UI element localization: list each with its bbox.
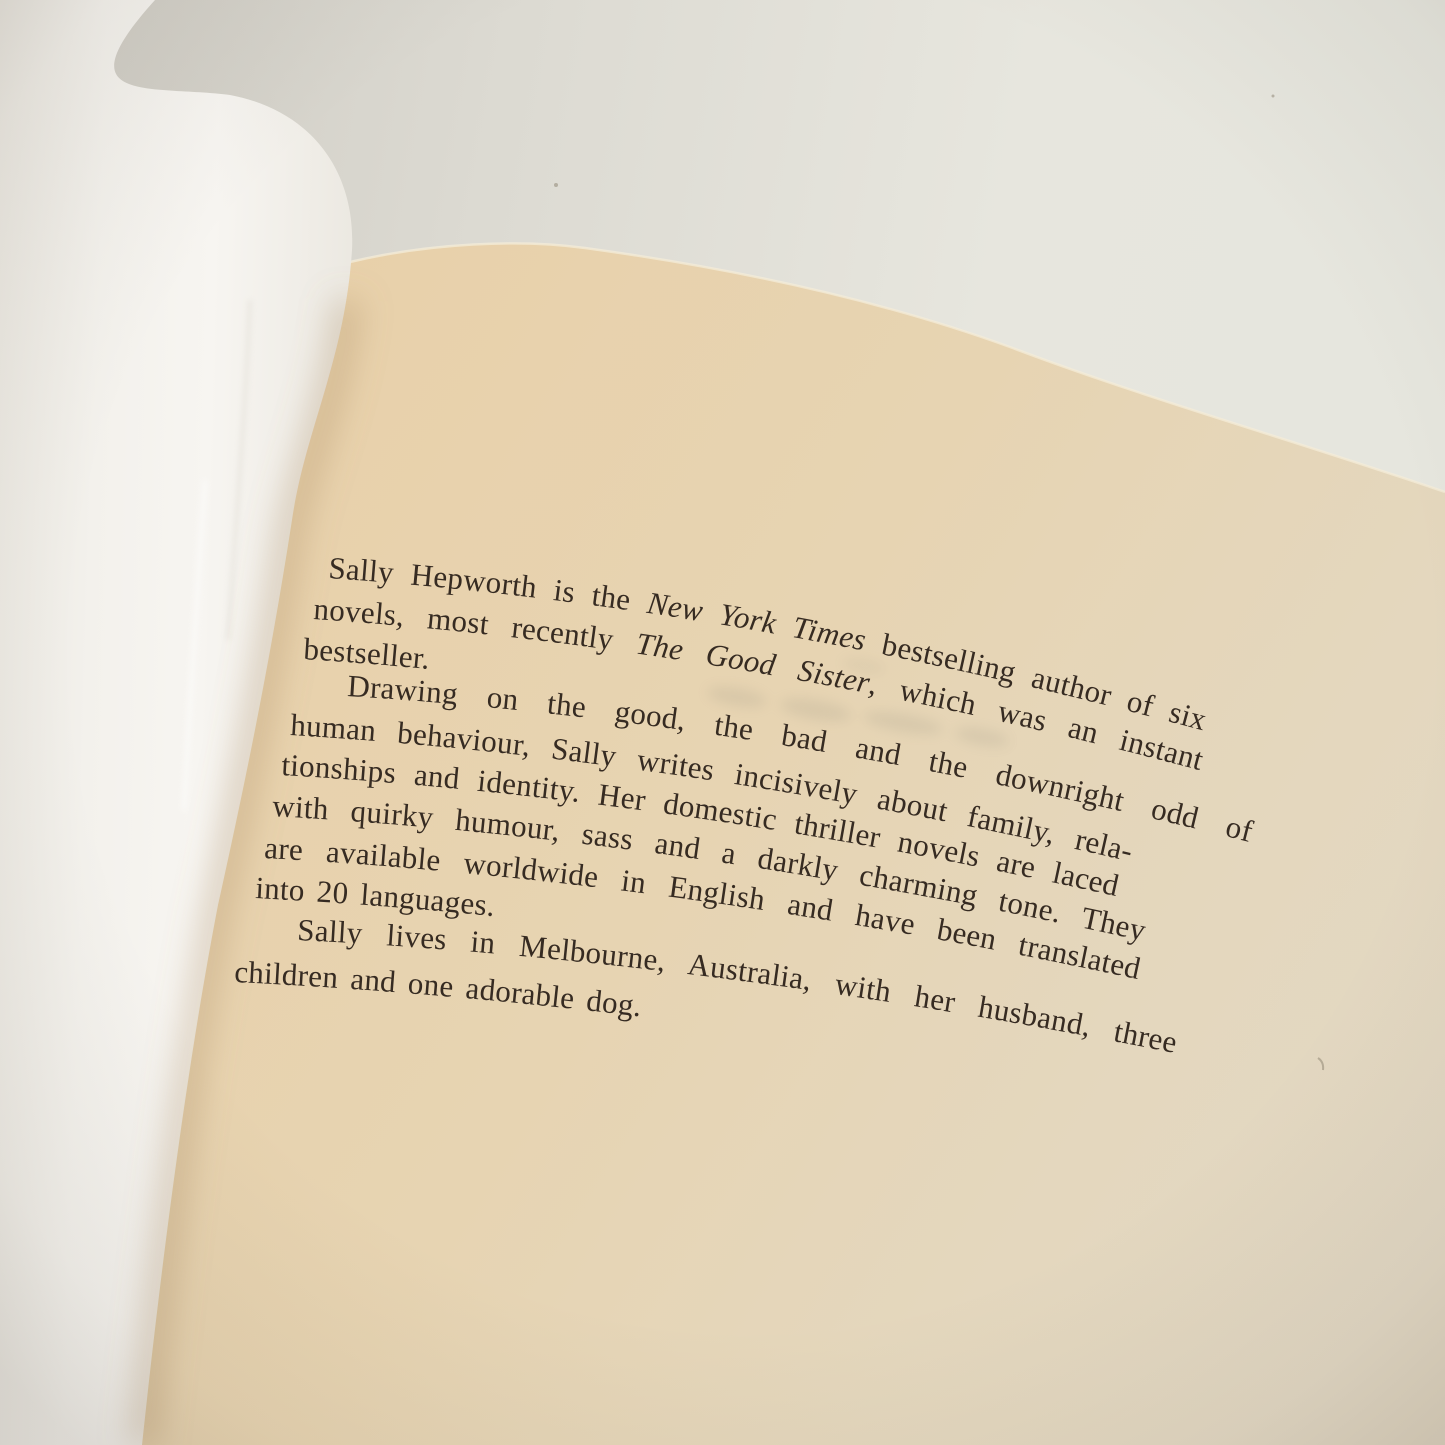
book-photo: Sally Hepworth is the New York Times bes… (0, 0, 1445, 1445)
book-photo-canvas: Sally Hepworth is the New York Times bes… (0, 0, 1445, 1445)
